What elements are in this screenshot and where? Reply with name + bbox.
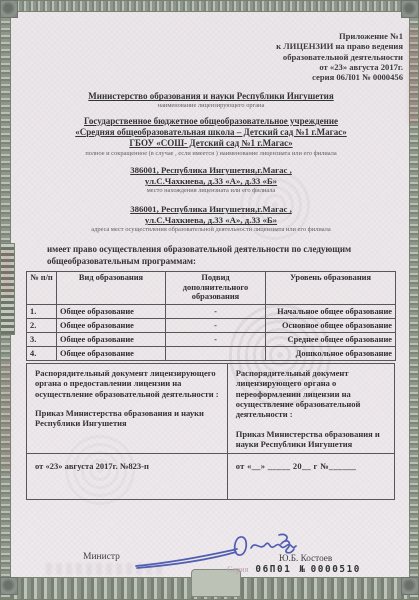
education-level: Дошкольное образование — [266, 347, 396, 361]
order-dates-row: от «23» августа 2017г. №823-п от «__» __… — [27, 453, 394, 499]
institution-line: ГБОУ «СОШ- Детский сад №1 г.Магас» — [17, 138, 405, 149]
institution-line: «Средняя общеобразовательная школа – Дет… — [17, 127, 405, 138]
institution-name-block: Государственное бюджетное общеобразовате… — [17, 116, 405, 149]
education-subtype: - — [166, 319, 266, 333]
frame-side-ornament — [0, 243, 15, 335]
serial-series: 06П01 — [255, 564, 291, 575]
institution-caption: полное и сокращенное (в случае , если им… — [81, 150, 341, 157]
attachment-line: образовательной деятельности — [17, 52, 403, 62]
document-content: Приложение №1 к ЛИЦЕНЗИИ на право ведени… — [17, 13, 405, 573]
table-header-row: № п/п Вид образования Подвид дополнитель… — [27, 272, 396, 305]
frame-right — [409, 0, 419, 600]
col-header-type: Вид образования — [57, 272, 166, 305]
col-header-level: Уровень образования — [266, 272, 396, 305]
table-row: 3. Общее образование - Среднее общее обр… — [27, 333, 396, 347]
table-row: 1. Общее образование - Начальное общее о… — [27, 305, 396, 319]
address-line: ул.С.Чахкиева, д.33 «А», д.33 «Б» — [17, 176, 405, 187]
location-address-block: 386001, Республика Ингушетия,г.Магас , у… — [17, 165, 405, 187]
location-caption: место нахождения лицензиата или его фили… — [17, 187, 405, 194]
address-line: 386001, Республика Ингушетия,г.Магас , — [17, 165, 405, 176]
education-type: Общее образование — [57, 333, 166, 347]
frame-corner-ornament — [0, 577, 18, 595]
frame-top — [0, 0, 419, 12]
serial-number-sign: № — [299, 564, 306, 575]
licensing-authority-caption: наименование лицензирующего органа — [17, 102, 405, 109]
education-subtype: - — [166, 305, 266, 319]
education-programs-table: № п/п Вид образования Подвид дополнитель… — [26, 271, 396, 361]
education-level: Начальное общее образование — [266, 305, 396, 319]
col-header-subtype: Подвид дополнительного образования — [166, 272, 266, 305]
attachment-serial: серия 06Л01 № 0000456 — [17, 72, 403, 82]
license-attachment-page: Приложение №1 к ЛИЦЕНЗИИ на право ведени… — [0, 0, 419, 600]
serial-number: 0000510 — [311, 564, 361, 575]
serial-label: Серия — [227, 565, 248, 574]
order-grant-cell: Распорядительный документ лицензирующего… — [27, 364, 228, 453]
rights-statement: имеет право осуществления образовательно… — [47, 244, 391, 267]
col-header-number: № п/п — [27, 272, 57, 305]
education-type: Общее образование — [57, 305, 166, 319]
frame-corner-ornament — [0, 0, 18, 18]
row-number: 1. — [27, 305, 57, 319]
table-row: 2. Общее образование - Основное общее об… — [27, 319, 396, 333]
activity-address-block: 386001, Республика Ингушетия,г.Магас , у… — [17, 204, 405, 226]
address-line: ул.С.Чахкиева, д.33 «А», д.33 «Б» — [17, 215, 405, 226]
institution-line: Государственное бюджетное общеобразовате… — [17, 116, 405, 127]
order-reissue-date: от «__» _____ 20__ г №______ — [228, 454, 394, 499]
row-number: 3. — [27, 333, 57, 347]
form-serial-number: Серия06П01№0000510 — [227, 559, 361, 577]
education-subtype: - — [166, 333, 266, 347]
address-line: 386001, Республика Ингушетия,г.Магас , — [17, 204, 405, 215]
attachment-line: к ЛИЦЕНЗИИ на право ведения — [17, 41, 403, 51]
education-subtype — [166, 347, 266, 361]
order-grant-heading: Распорядительный документ лицензирующего… — [35, 368, 220, 399]
attachment-line: от «23» августа 2017г. — [17, 62, 403, 72]
order-reissue-cell: Распорядительный документ лицензирующего… — [228, 364, 394, 453]
education-type: Общее образование — [57, 319, 166, 333]
attachment-header-block: Приложение №1 к ЛИЦЕНЗИИ на право ведени… — [17, 31, 403, 82]
activity-address-caption: адреса мест осуществления образовательно… — [17, 226, 405, 233]
order-reissue-heading: Распорядительный документ лицензирующего… — [236, 368, 387, 419]
order-grant-body: Приказ Министерства образования и науки … — [35, 408, 220, 429]
table-row: 4. Общее образование Дошкольное образова… — [27, 347, 396, 361]
row-number: 2. — [27, 319, 57, 333]
attachment-line: Приложение №1 — [17, 31, 403, 41]
licensing-authority-name: Министерство образования и науки Республ… — [17, 91, 405, 102]
education-level: Среднее общее образование — [266, 333, 396, 347]
row-number: 4. — [27, 347, 57, 361]
order-grant-date: от «23» августа 2017г. №823-п — [27, 454, 228, 499]
order-reissue-body: Приказ Министерства образования и науки … — [236, 429, 387, 450]
signer-title: Министр — [83, 552, 120, 562]
education-level: Основное общее образование — [266, 319, 396, 333]
orders-box: Распорядительный документ лицензирующего… — [26, 363, 395, 500]
education-type: Общее образование — [57, 347, 166, 361]
frame-corner-ornament — [401, 577, 419, 595]
